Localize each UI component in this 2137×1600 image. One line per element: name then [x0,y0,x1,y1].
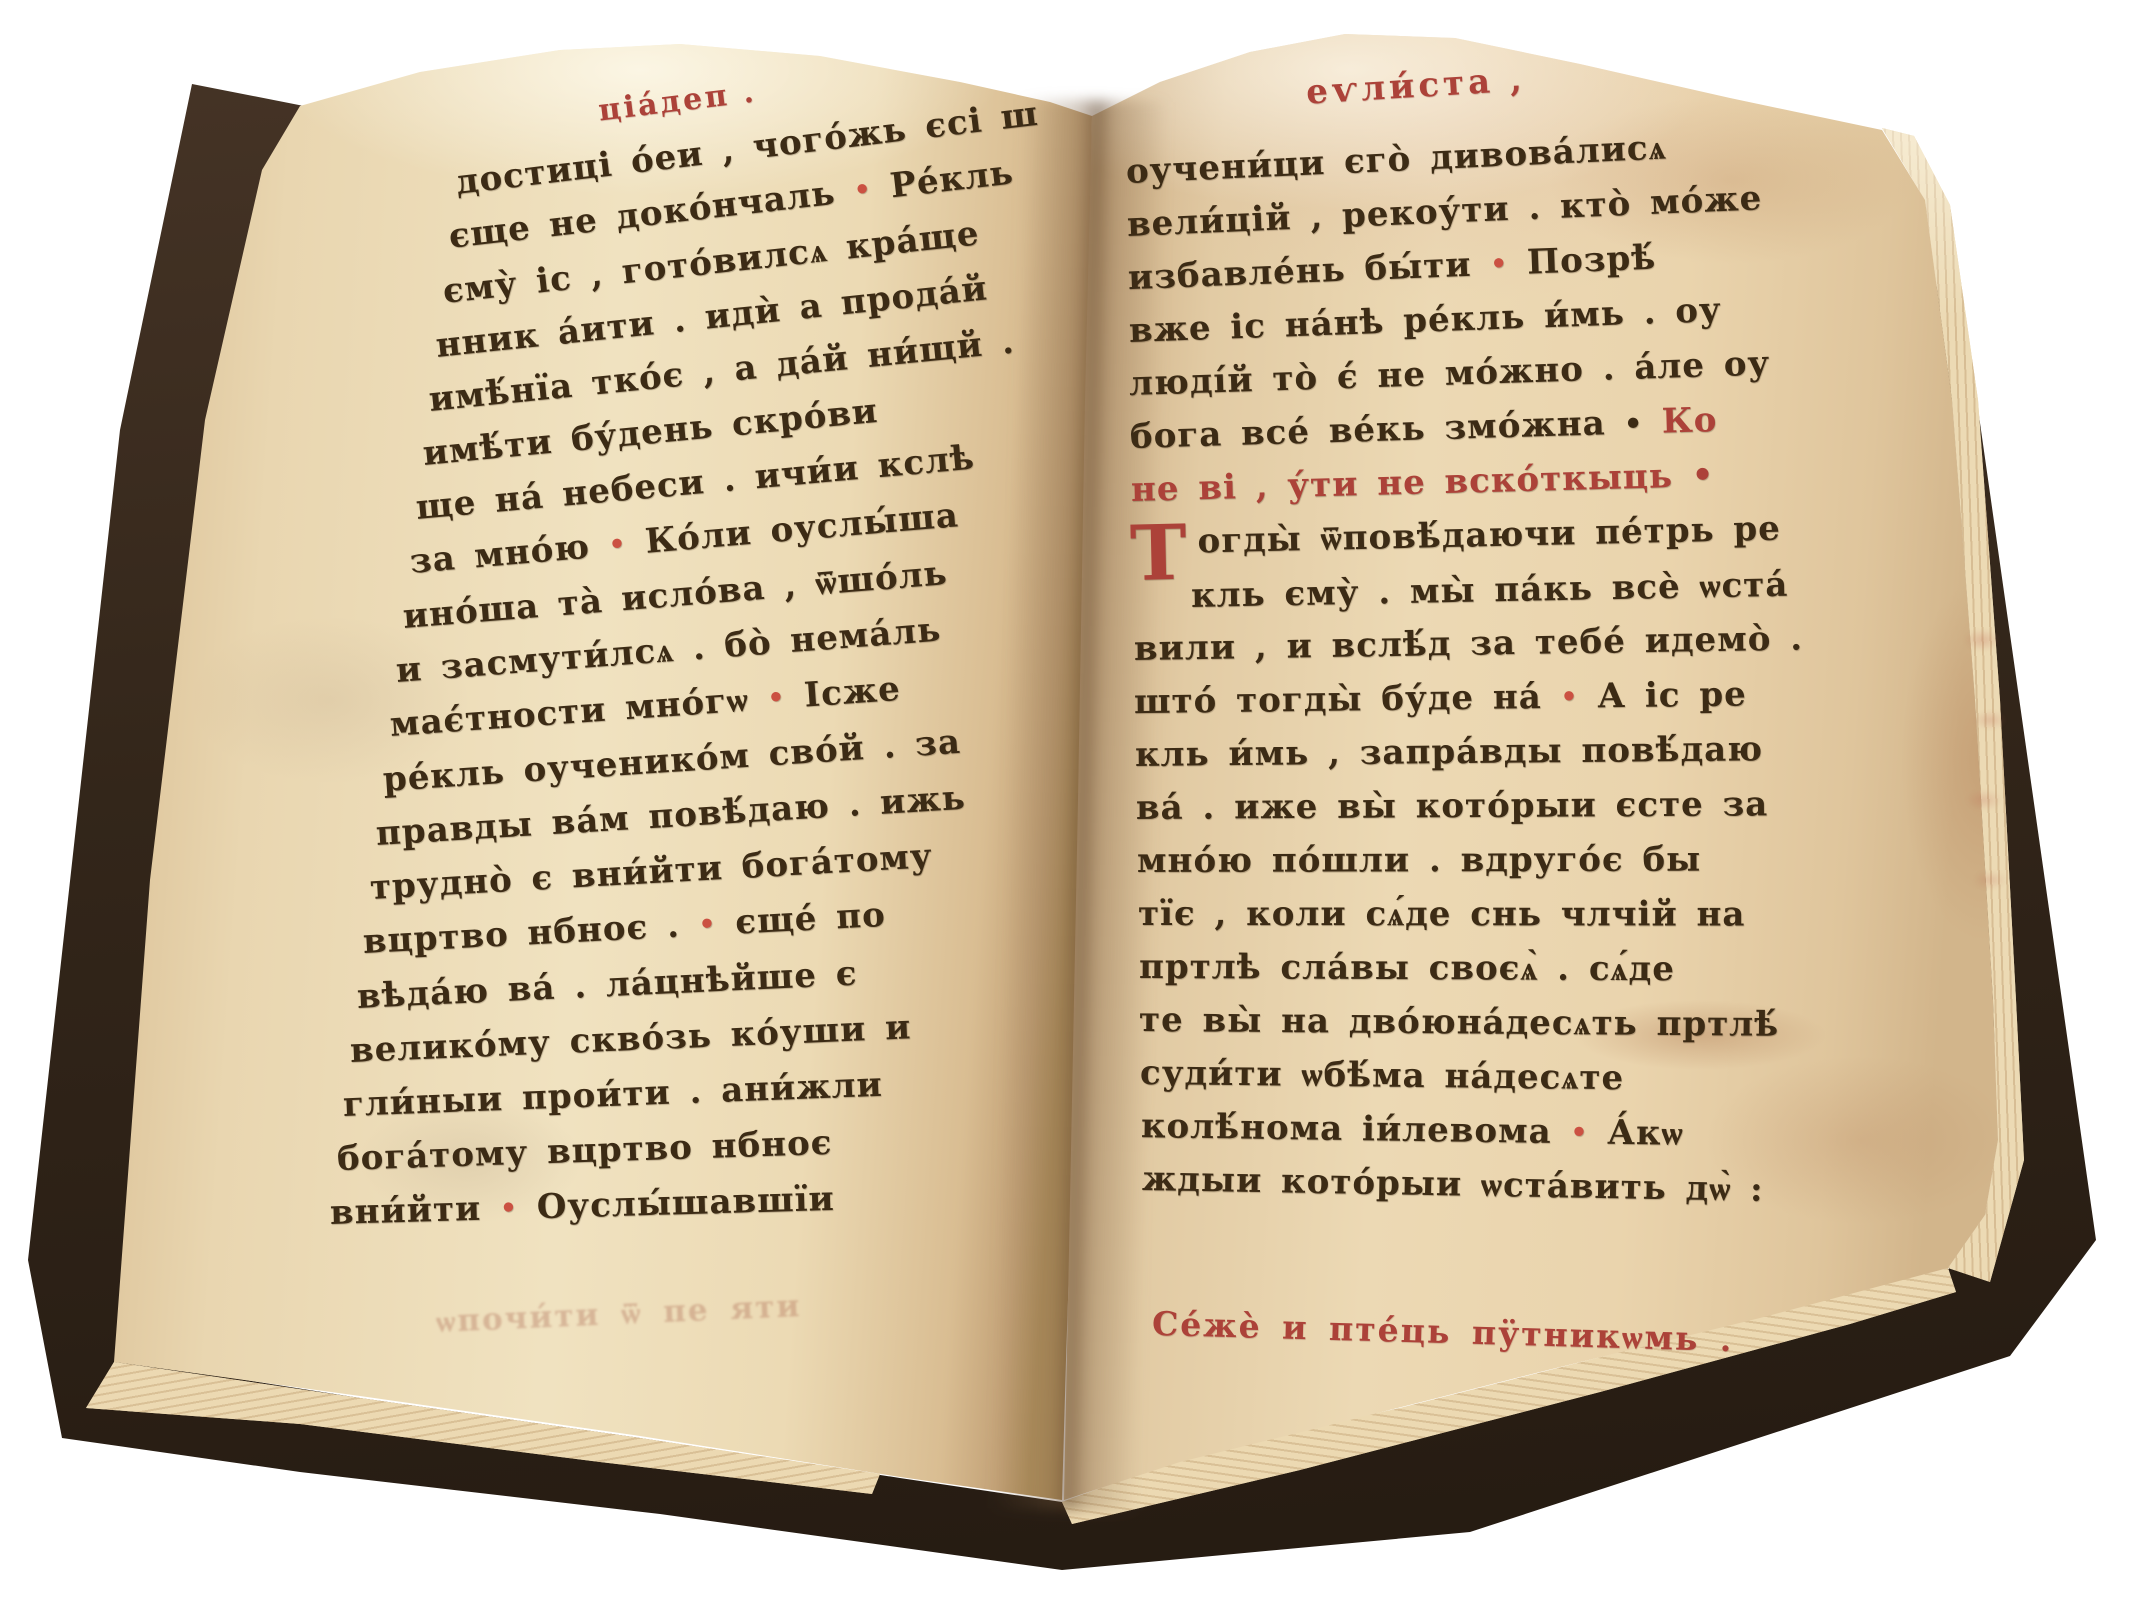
text-line: мно́ю по́шли . вдруго́є бы [1137,834,1803,889]
text-segment: А іс ре [1579,675,1748,717]
text-segment: кль єму̀ . мы̀ па́кь всѐ ѡста́ [1190,565,1788,616]
text-segment: тїє , коли сѧ́де снь члчій на [1138,894,1745,935]
text-segment: вили , и вслѣ́д за тебе́ идемо̀ . [1133,619,1803,669]
text-segment: бога все́ ве́кь змо́жна ∙ [1130,402,1663,457]
red-bullet-mark: • [1561,682,1579,713]
text-line: вили , и вслѣ́д за тебе́ идемо̀ . [1133,613,1803,676]
text-segment: єще́ по [716,895,887,944]
red-bullet-mark: • [500,1192,519,1223]
right-margin-ink-offset-marks [1952,600,2012,930]
text-segment: колѣ́нома іи́левома [1141,1106,1571,1152]
text-segment: Ре́кль [870,153,1016,209]
text-line: пртлѣ сла́вы своєѧ̀ . сѧ́де [1139,941,1803,997]
text-segment: А́кѡ [1588,1113,1684,1154]
rubric-text: не ві , у́ти не вско́ткыць • [1131,455,1716,510]
text-line: што́ тогды̀ бу́де на́ • А іс ре [1134,668,1803,729]
text-segment: за мно́ю [408,525,610,582]
text-segment: вцртво нбноє . [362,904,700,961]
text-line: те вы̀ на дво́юна́десѧть пртлѣ́ [1139,994,1803,1052]
text-line: ва́ . иже вы̀ кото́рыи єсте за [1136,778,1803,835]
red-bullet-mark: • [1570,1117,1588,1148]
text-segment: избавле́нь бы́ти [1127,244,1491,298]
text-segment: Позрѣ́ [1507,238,1656,284]
drop-cap-initial: Т [1130,553,1188,554]
red-bullet-mark: • [698,908,718,940]
red-bullet-mark: • [1489,248,1508,280]
text-segment: огды̀ ѿповѣ́даючи пе́трь ре [1197,509,1781,562]
text-segment: суди́ти ѡбѣ́ма на́десѧте [1140,1053,1625,1098]
right-page-text-column: оучени́ци єго̀ дивова́лисѧвели́цій , рек… [1122,146,1803,1206]
text-segment: вни́йти [329,1188,500,1233]
photo-background: ціа́деп . еѵли́ста , достиці о́еи , чого… [0,0,2137,1600]
text-segment: бога́тому вцртво нбноє [336,1122,833,1178]
text-line: колѣ́нома іи́левома • А́кѡ [1141,1100,1803,1162]
text-line: кль и́мь , запра́вды повѣ́даю [1135,723,1803,782]
text-segment: мно́ю по́шли . вдруго́є бы [1137,840,1701,881]
text-segment: кль и́мь , запра́вды повѣ́даю [1135,730,1763,776]
left-page-text-column: достиці о́еи , чого́жь єсі шєще не доко́… [330,156,1042,1240]
rubric-text: Ко [1661,400,1718,442]
text-segment: пртлѣ сла́вы своєѧ̀ . сѧ́де [1139,947,1675,989]
text-line: тїє , коли сѧ́де снь члчій на [1138,888,1803,942]
text-segment: ва́ . иже вы̀ кото́рыи єсте за [1136,785,1769,829]
text-segment: Оуслы́шавшїи [517,1178,835,1227]
text-segment: ждыи кото́рыи ѡста́вить дѡ̀ : [1142,1159,1764,1210]
text-line: суди́ти ѡбѣ́ма на́десѧте [1140,1047,1803,1107]
text-segment: што́ тогды̀ бу́де на́ [1134,677,1561,722]
text-segment: те вы̀ на дво́юна́десѧть пртлѣ́ [1139,1000,1779,1045]
text-segment: Ісже [784,669,902,717]
